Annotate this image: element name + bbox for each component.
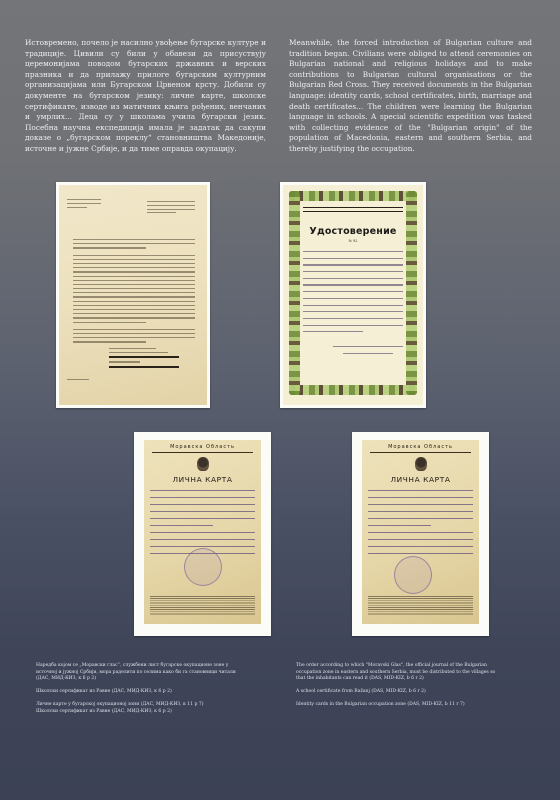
vine-border-top xyxy=(289,191,417,201)
id-card-region: Моравска Область xyxy=(144,444,261,450)
vine-border-right xyxy=(406,191,417,395)
id-card-paper: Моравска Область ЛИЧНА КАРТА xyxy=(144,440,261,624)
id-card-paper: Моравска Область ЛИЧНА КАРТА xyxy=(362,440,479,624)
captions-serbian: Наредба којом се „Моравски глас“, службе… xyxy=(36,663,236,716)
caption-en-certificate: A school certificate from Ražanj (DAS, M… xyxy=(296,689,496,696)
stamp-icon xyxy=(184,548,222,586)
photo-identity-card-1: Моравска Область ЛИЧНА КАРТА xyxy=(134,432,271,636)
caption-sr-certificate-repeat: Школски сертификат из Равне (ДАС, МИД-КИ… xyxy=(36,709,236,716)
photo-order-letter xyxy=(56,182,210,408)
id-card-title: ЛИЧНА КАРТА xyxy=(144,475,261,484)
caption-sr-certificate: Школски сертификат из Равне (ДАС, МИД-КИ… xyxy=(36,689,236,696)
caption-en-identity-cards: Identity cards in the Bulgarian occupati… xyxy=(296,702,496,709)
caption-sr-identity-cards: Личне карте у бугарској окупационој зони… xyxy=(36,702,236,709)
certificate-number: № 92 xyxy=(283,239,423,243)
letter-paper xyxy=(59,185,207,405)
coat-of-arms-icon xyxy=(197,457,209,471)
intro-text-english: Meanwhile, the forced introduction of Bu… xyxy=(289,38,532,155)
vine-border-bottom xyxy=(289,385,417,395)
photo-identity-card-2: Моравска Область ЛИЧНА КАРТА xyxy=(352,432,489,636)
vine-border-left xyxy=(289,191,300,395)
id-card-title: ЛИЧНА КАРТА xyxy=(362,475,479,484)
coat-of-arms-icon xyxy=(415,457,427,471)
id-card-region: Моравска Область xyxy=(362,444,479,450)
intro-text-serbian: Истовремено, почело је насилно увођење б… xyxy=(25,38,266,155)
certificate-title: Удостоверение xyxy=(283,226,423,237)
caption-sr-order: Наредба којом се „Моравски глас“, службе… xyxy=(36,663,236,683)
caption-en-order: The order according to which "Moravski G… xyxy=(296,663,496,683)
captions-english: The order according to which "Moravski G… xyxy=(296,663,496,715)
certificate-paper: Удостоверение № 92 xyxy=(283,185,423,405)
stamp-icon xyxy=(394,556,432,594)
photo-school-certificate: Удостоверение № 92 xyxy=(280,182,426,408)
